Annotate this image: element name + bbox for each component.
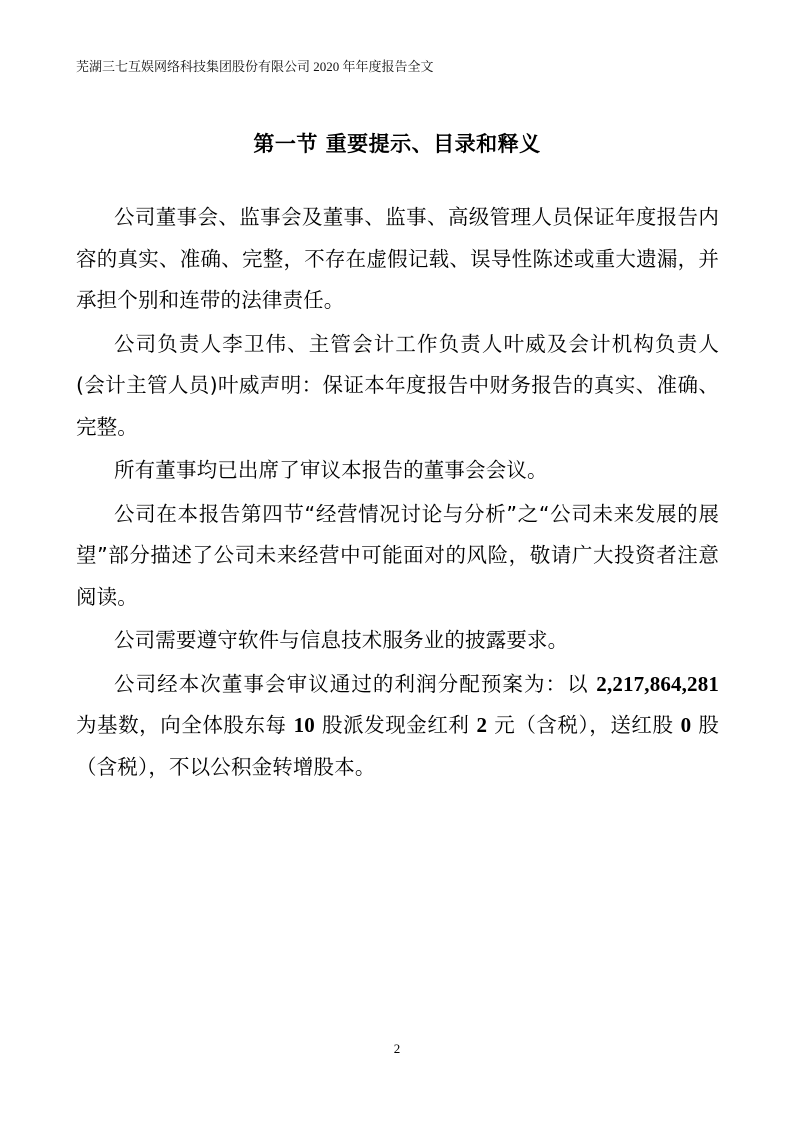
profit-text-4: 元（含税），送红股 bbox=[487, 713, 680, 737]
running-header: 芜湖三七互娱网络科技集团股份有限公司 2020 年年度报告全文 bbox=[76, 59, 434, 75]
paragraph-disclosure-requirement: 公司需要遵守软件与信息技术服务业的披露要求。 bbox=[76, 620, 719, 662]
share-base-number: 2,217,864,281 bbox=[596, 672, 719, 696]
profit-text-3: 股派发现金红利 bbox=[315, 713, 477, 737]
section-title: 第一节 重要提示、目录和释义 bbox=[0, 130, 794, 158]
profit-text-1: 公司经本次董事会审议通过的利润分配预案为：以 bbox=[114, 672, 596, 696]
paragraph-profit-distribution: 公司经本次董事会审议通过的利润分配预案为：以 2,217,864,281 为基数… bbox=[76, 664, 719, 789]
important-notice-body: 公司董事会、监事会及董事、监事、高级管理人员保证年度报告内容的真实、准确、完整，… bbox=[76, 197, 719, 788]
paragraph-responsibility-statement: 公司董事会、监事会及董事、监事、高级管理人员保证年度报告内容的真实、准确、完整，… bbox=[76, 197, 719, 322]
bonus-shares-number: 0 bbox=[681, 713, 692, 737]
per-shares-number: 10 bbox=[294, 713, 315, 737]
cash-dividend-number: 2 bbox=[477, 713, 488, 737]
profit-text-2: 为基数，向全体股东每 bbox=[76, 713, 294, 737]
paragraph-financial-report-statement: 公司负责人李卫伟、主管会计工作负责人叶威及会计机构负责人(会计主管人员)叶威声明… bbox=[76, 324, 719, 449]
paragraph-risk-notice: 公司在本报告第四节“经营情况讨论与分析”之“公司未来发展的展望”部分描述了公司未… bbox=[76, 494, 719, 619]
page-number: 2 bbox=[0, 1041, 794, 1057]
paragraph-board-attendance: 所有董事均已出席了审议本报告的董事会会议。 bbox=[76, 450, 719, 492]
